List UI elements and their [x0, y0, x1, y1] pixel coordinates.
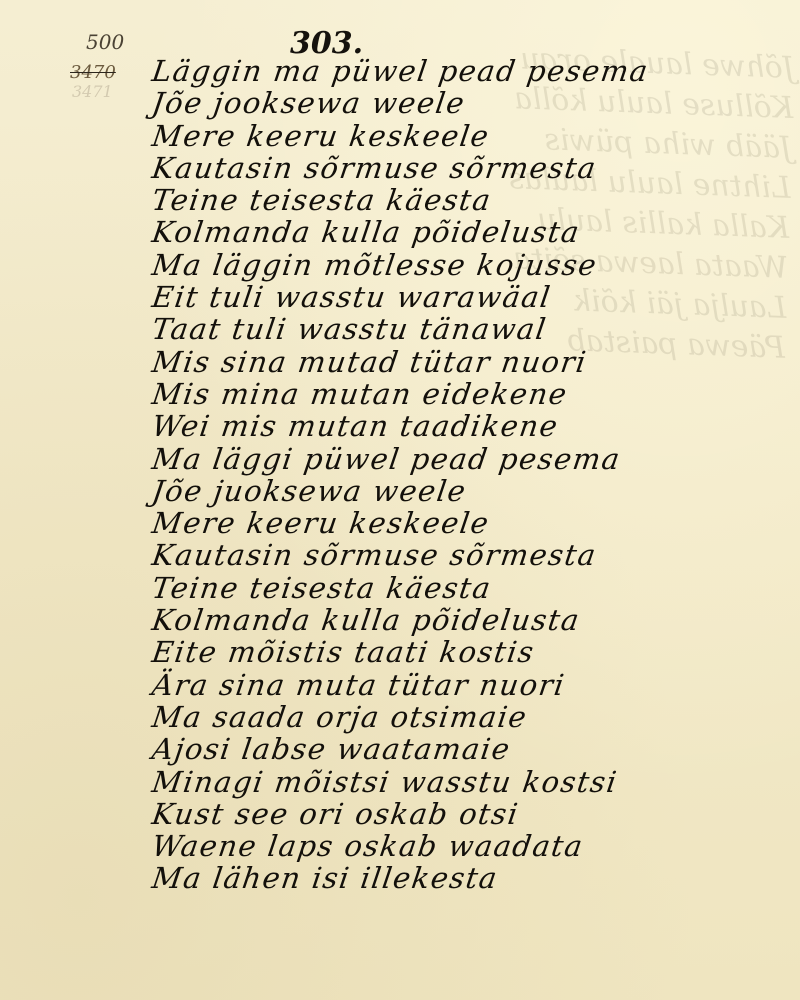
verse-line: Ajosi labse waatamaie: [150, 733, 775, 765]
verse-line: Kolmanda kulla põidelusta: [150, 604, 775, 636]
verse-line: Kolmanda kulla põidelusta: [150, 216, 775, 248]
verse-line: Jõe jooksewa weele: [150, 87, 775, 119]
verse-line: Mis sina mutad tütar nuori: [150, 346, 775, 378]
verse-line: Taat tuli wasstu tänawal: [150, 313, 775, 345]
verse-line: Mis mina mutan eidekene: [150, 378, 775, 410]
verse-line: Teine teisesta käesta: [150, 184, 775, 216]
struck-archive-number: 3470: [70, 62, 116, 83]
verse-line: Kautasin sõrmuse sõrmesta: [150, 539, 775, 571]
verse-line: Ma saada orja otsimaie: [150, 701, 775, 733]
ghost-archive-number: 3471: [72, 82, 113, 101]
verse-line: Kust see ori oskab otsi: [150, 798, 775, 830]
verse-line: Teine teisesta käesta: [150, 572, 775, 604]
verse-line: Ma läggi püwel pead pesema: [150, 443, 775, 475]
verse-line: Läggin ma püwel pead pesema: [150, 55, 775, 87]
verse-lines: Läggin ma püwel pead pesema Jõe jooksewa…: [150, 55, 770, 895]
verse-line: Eit tuli wasstu warawäal: [150, 281, 775, 313]
verse-line: Waene laps oskab waadata: [150, 830, 775, 862]
manuscript-page: Jõhwe lauale orgu Kõlluse laulu kõlla Jä…: [0, 0, 800, 1000]
verse-line: Ma läggin mõtlesse kojusse: [150, 249, 775, 281]
verse-line: Wei mis mutan taadikene: [150, 410, 775, 442]
catalog-number: 500: [86, 30, 124, 54]
verse-line: Mere keeru keskeele: [150, 120, 775, 152]
verse-line: Ma lähen isi illekesta: [150, 862, 775, 894]
verse-line: Mere keeru keskeele: [150, 507, 775, 539]
verse-line: Jõe juoksewa weele: [150, 475, 775, 507]
verse-line: Minagi mõistsi wasstu kostsi: [150, 766, 775, 798]
verse-line: Kautasin sõrmuse sõrmesta: [150, 152, 775, 184]
verse-line: Ära sina muta tütar nuori: [150, 669, 775, 701]
verse-line: Eite mõistis taati kostis: [150, 636, 775, 668]
